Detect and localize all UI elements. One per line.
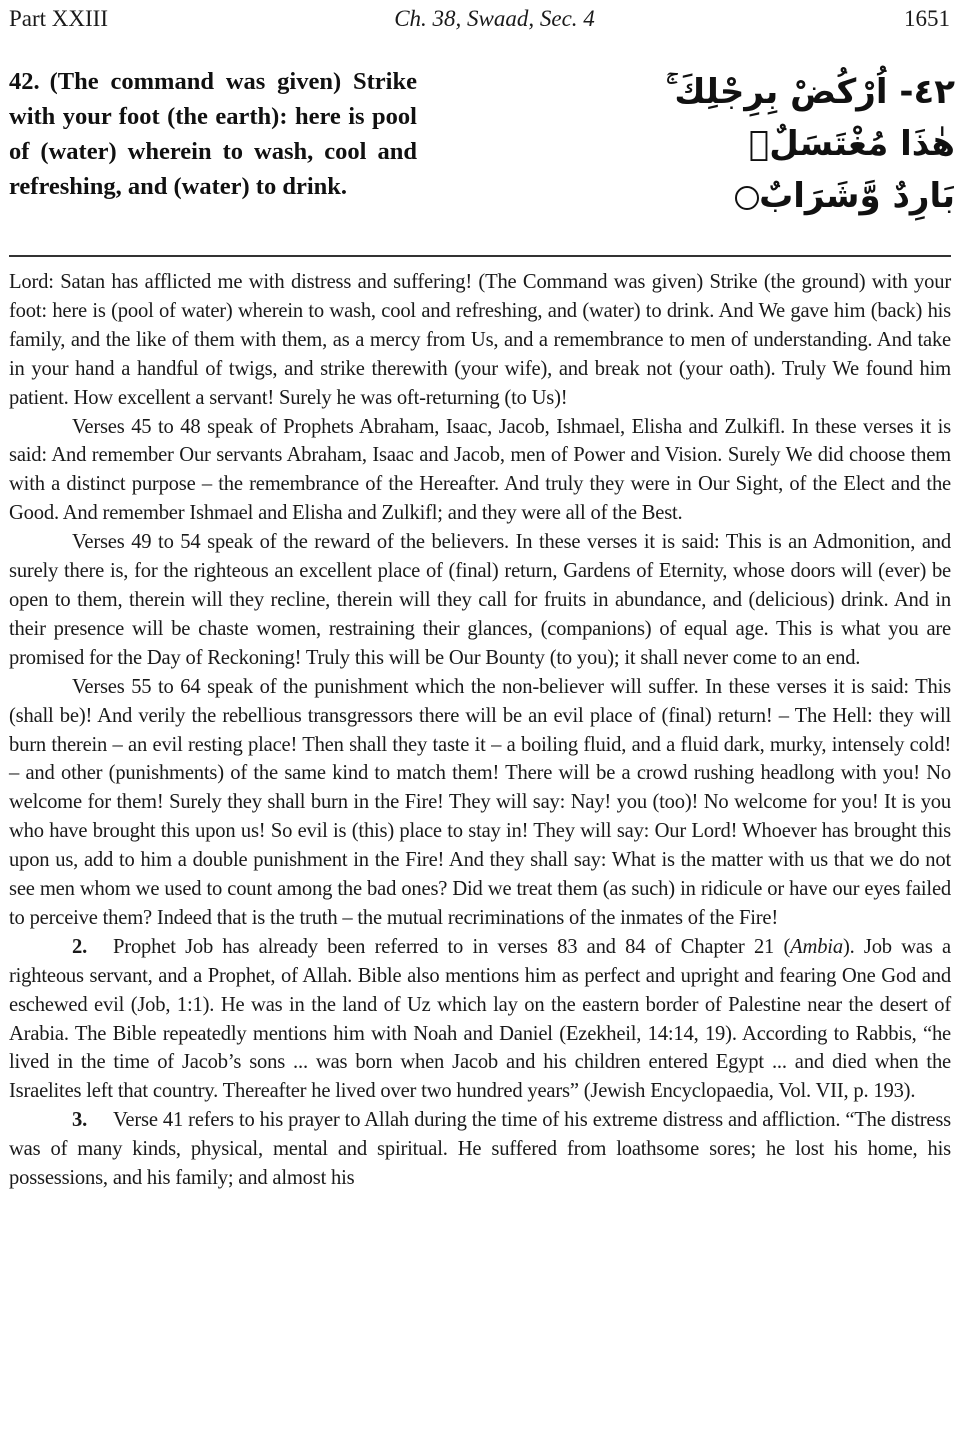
page-number: 1651 [904,2,950,36]
note-3: 3.Verse 41 refers to his prayer to Allah… [9,1106,951,1193]
commentary-paragraph-4: Verses 55 to 64 speak of the punishment … [9,673,951,933]
verse-number: 42. [9,68,40,95]
commentary-paragraph-1: Lord: Satan has afflicted me with distre… [9,268,951,413]
arabic-verse: ٤٢- اُرْكُضْ بِرِجْلِكَ ۚ هٰذَا مُغْتَسَ… [715,66,955,222]
note-3-number: 3. [72,1109,87,1131]
verse-translation: 42.(The command was given) Strike with y… [9,64,417,204]
note-2-number: 2. [72,936,87,958]
verse-text: (The command was given) Strike with your… [9,68,417,200]
commentary-paragraph-3: Verses 49 to 54 speak of the reward of t… [9,528,951,673]
arabic-line-3-text: بَارِدٌ وَّشَرَابٌ [759,176,955,216]
commentary-paragraph-2: Verses 45 to 48 speak of Prophets Abraha… [9,413,951,529]
note-2: 2.Prophet Job has already been referred … [9,933,951,1106]
arabic-line-2: هٰذَا مُغْتَسَلٌۢ [715,118,955,170]
note-2-italic: Ambia [790,936,843,958]
arabic-line-3: بَارِدٌ وَّشَرَابٌ [715,170,955,222]
commentary: Lord: Satan has afflicted me with distre… [9,268,951,1193]
running-header: Part XXIII Ch. 38, Swaad, Sec. 4 1651 [9,2,950,36]
section-divider [9,255,951,257]
note-2-text-after: ). Job was a righteous servant, and a Pr… [9,936,951,1103]
chapter-label: Ch. 38, Swaad, Sec. 4 [9,2,950,36]
note-3-text: Verse 41 refers to his prayer to Allah d… [9,1109,951,1189]
arabic-line-1: ٤٢- اُرْكُضْ بِرِجْلِكَ ۚ [715,66,955,118]
note-2-text-before: Prophet Job has already been referred to… [113,936,790,958]
verse-end-circle-icon [735,186,759,210]
